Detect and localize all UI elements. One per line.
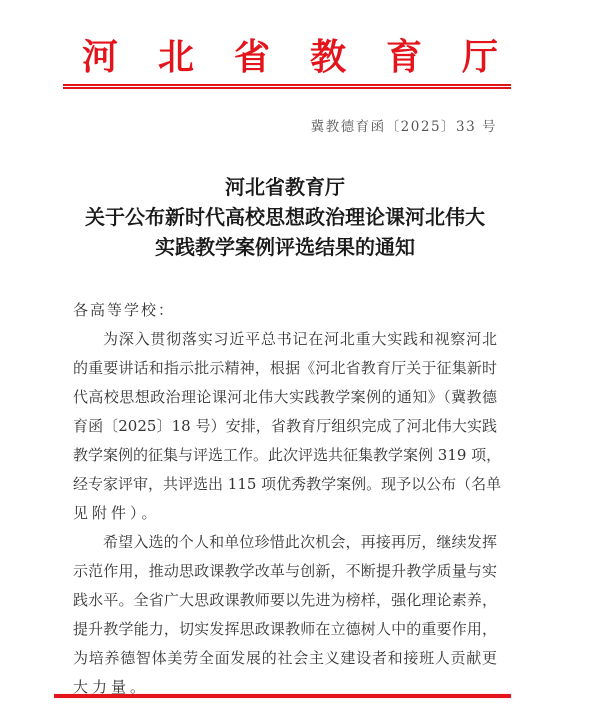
red-rule-line bbox=[63, 87, 511, 89]
body-line: 为深入贯彻落实习近平总书记在河北重大实践和视察河北 bbox=[73, 325, 497, 354]
red-rule-line bbox=[63, 84, 511, 86]
title-line-1: 河北省教育厅 bbox=[63, 172, 507, 202]
masthead-char: 教 bbox=[308, 34, 348, 80]
document-number: 冀教德育函〔2025〕33 号 bbox=[311, 115, 497, 135]
masthead-issuer: 河 北 省 教 育 厅 bbox=[80, 34, 500, 80]
body-line: 提升教学能力，切实发挥思政课教师在立德树人中的重要作用， bbox=[73, 615, 497, 644]
paragraph-1: 为深入贯彻落实习近平总书记在河北重大实践和视察河北 的重要讲话和指示批示精神，根… bbox=[73, 325, 497, 528]
body-line: 的重要讲话和指示批示精神，根据《河北省教育厅关于征集新时 bbox=[73, 354, 497, 383]
masthead-char: 省 bbox=[232, 34, 272, 80]
body-line: 为培养德智体美劳全面发展的社会主义建设者和接班人贡献更 bbox=[73, 644, 497, 673]
masthead-char: 北 bbox=[156, 34, 196, 80]
masthead-char: 河 bbox=[80, 34, 120, 80]
masthead-double-red-rule bbox=[63, 84, 511, 90]
paragraph-2: 希望入选的个人和单位珍惜此次机会，再接再厉，继续发挥 示范作用，推动思政课教学改… bbox=[73, 528, 497, 702]
official-document-page: 河 北 省 教 育 厅 冀教德育函〔2025〕33 号 河北省教育厅 关于公布新… bbox=[0, 0, 616, 714]
body-line: 见附件）。 bbox=[73, 499, 497, 528]
document-body: 各高等学校： 为深入贯彻落实习近平总书记在河北重大实践和视察河北 的重要讲话和指… bbox=[73, 296, 497, 702]
title-line-2: 关于公布新时代高校思想政治理论课河北伟大 bbox=[63, 202, 507, 232]
footer-red-rule bbox=[54, 694, 511, 698]
body-line: 希望入选的个人和单位珍惜此次机会，再接再厉，继续发挥 bbox=[73, 528, 497, 557]
document-title: 河北省教育厅 关于公布新时代高校思想政治理论课河北伟大 实践教学案例评选结果的通… bbox=[63, 172, 507, 262]
salutation: 各高等学校： bbox=[73, 296, 497, 325]
masthead-char: 厅 bbox=[460, 34, 500, 80]
masthead-char: 育 bbox=[384, 34, 424, 80]
body-line: 代高校思想政治理论课河北伟大实践教学案例的通知》（冀教德 bbox=[73, 383, 497, 412]
body-line: 践水平。全省广大思政课教师要以先进为榜样，强化理论素养， bbox=[73, 586, 497, 615]
body-line: 教学案例的征集与评选工作。此次评选共征集教学案例 319 项， bbox=[73, 441, 497, 470]
title-line-3: 实践教学案例评选结果的通知 bbox=[63, 232, 507, 262]
body-line: 育函〔2025〕18 号）安排，省教育厅组织完成了河北伟大实践 bbox=[73, 412, 497, 441]
body-line: 示范作用，推动思政课教学改革与创新，不断提升教学质量与实 bbox=[73, 557, 497, 586]
body-line: 经专家评审，共评选出 115 项优秀教学案例。现予以公布（名单 bbox=[73, 470, 497, 499]
